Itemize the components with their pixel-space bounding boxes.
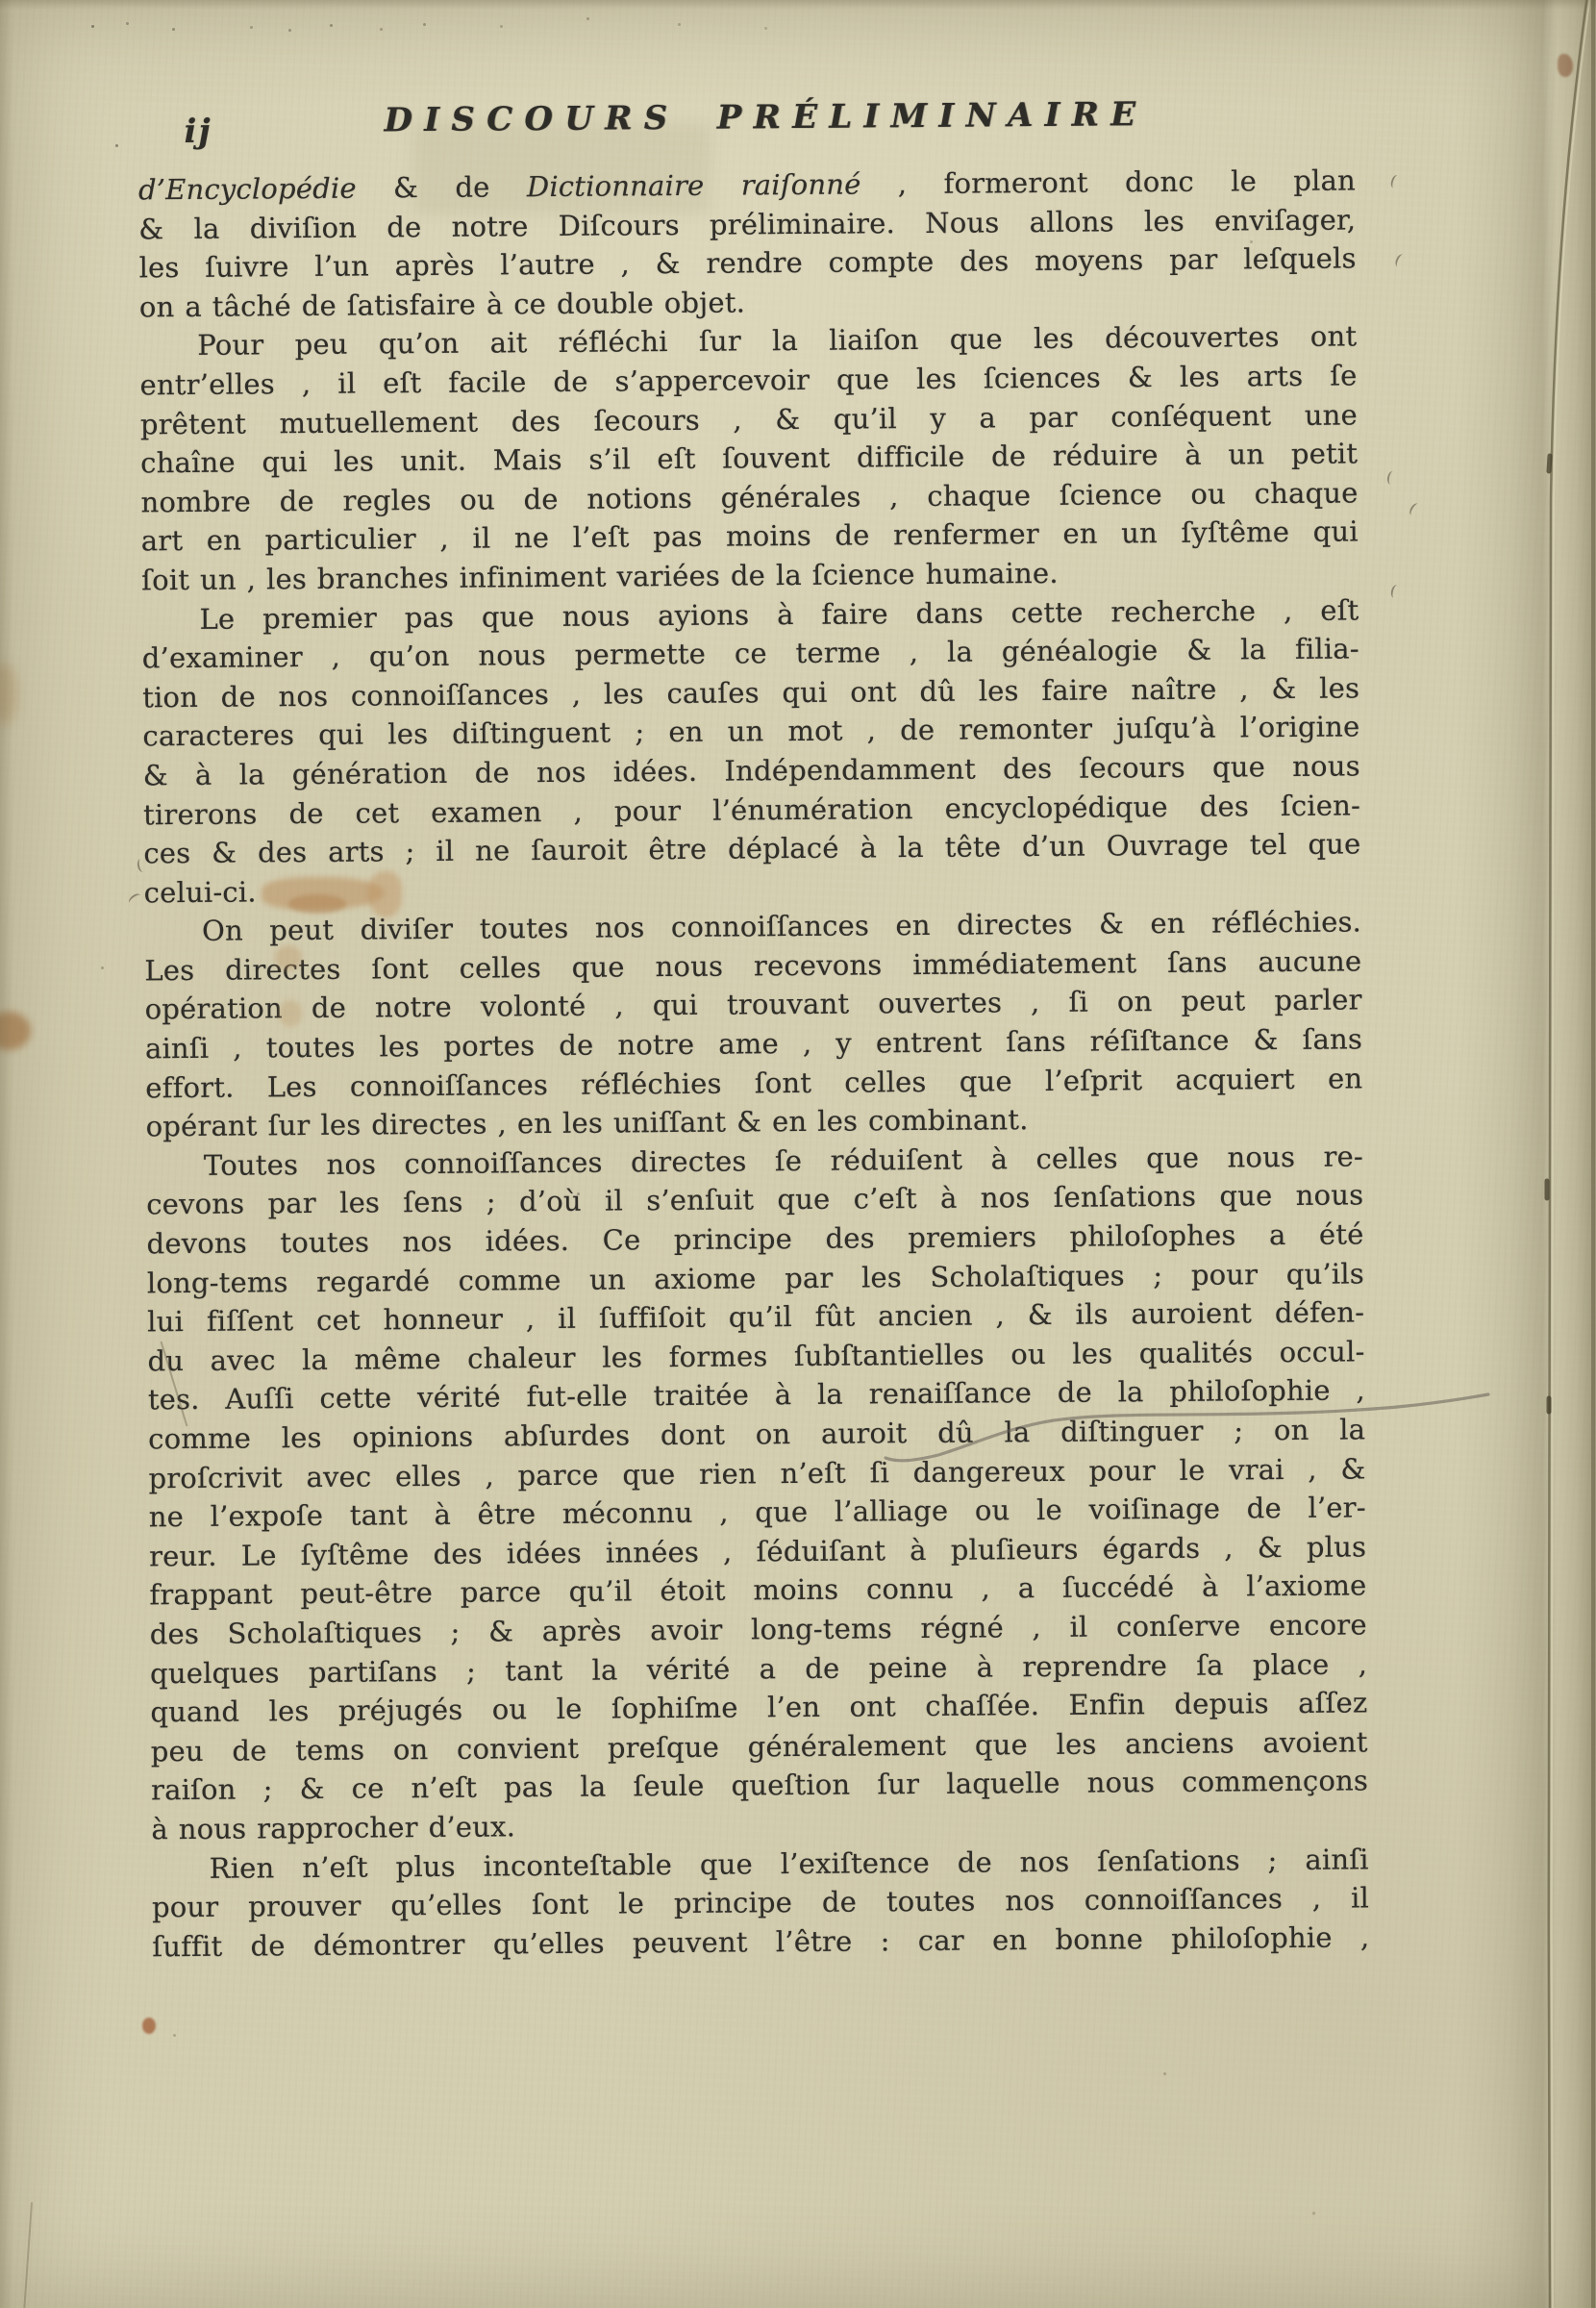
text-segment: quelques partiſans ; tant la vérité a de… (150, 1647, 1367, 1690)
paragraph: d’Encyclopédie & de Dictionnaire raiſonn… (138, 161, 1357, 326)
text-segment: du avec la même chaleur les formes ſubſt… (147, 1335, 1364, 1377)
text-segment: lui fiſſent cet honneur , il ſuffiſoit q… (147, 1296, 1364, 1339)
paragraph: Le premier pas que nous ayions à faire d… (141, 590, 1361, 913)
running-title: DISCOURS PRÉLIMINAIRE (384, 95, 1147, 139)
text-segment: Rien n’eſt plus inconteſtable que l’exiſ… (210, 1843, 1369, 1884)
text-segment: chaîne qui les unit. Mais s’il eſt ſouve… (140, 438, 1358, 480)
text-segment: Le premier pas que nous ayions à faire d… (199, 593, 1359, 635)
paragraph: Pour peu qu’on ait réfléchi ſur la liaiſ… (139, 317, 1359, 600)
text-segment: prêtent mutuellement des ſecours , & qu’… (140, 398, 1358, 440)
paragraph: Toutes nos connoiſſances directes ſe réd… (146, 1137, 1369, 1849)
text-segment: proſcrivit avec elles , parce que rien n… (148, 1452, 1365, 1494)
body-text: d’Encyclopédie & de Dictionnaire raiſonn… (138, 161, 1370, 1966)
text-segment: frappant peut-être parce qu’il étoit moi… (149, 1569, 1366, 1612)
text-segment: caracteres qui les diſtinguent ; en un m… (142, 711, 1359, 753)
text-segment: entr’elles , il eſt facile de s’appercev… (139, 359, 1357, 401)
book-page: ij DISCOURS PRÉLIMINAIRE d’Encyclopédie … (0, 0, 1596, 2308)
text-segment: ainſi , toutes les portes de notre ame ,… (145, 1022, 1362, 1065)
text-segment: d’examiner , qu’on nous permette ce term… (142, 633, 1359, 675)
text-segment: pour prouver qu’elles ſont le principe d… (152, 1881, 1369, 1923)
text-segment: long-tems regardé comme un axiome par le… (147, 1257, 1364, 1299)
text-segment: opération de notre volonté , qui trouvan… (145, 984, 1362, 1026)
text-segment: cevons par les ſens ; d’où il s’enſuit q… (146, 1179, 1363, 1221)
text-segment: celui-ci. (144, 875, 257, 909)
text-segment: peu de tems on convient preſque générale… (151, 1725, 1368, 1768)
text-segment: & de (357, 170, 527, 204)
text-segment: les ſuivre l’un après l’autre , & rendre… (138, 242, 1356, 285)
text-segment: Toutes nos connoiſſances directes ſe réd… (204, 1140, 1363, 1181)
text-segment: devons toutes nos idées. Ce principe des… (146, 1217, 1363, 1260)
text-segment: quand les préjugés ou le ſophiſme l’en o… (150, 1687, 1367, 1729)
text-segment: tes. Auſſi cette vérité fut-elle traitée… (148, 1374, 1365, 1417)
text-segment: Pour peu qu’on ait réfléchi ſur la liaiſ… (197, 320, 1357, 362)
text-segment: reur. Le ſyſtême des idées innées , ſédu… (149, 1530, 1366, 1572)
text-segment: ne l’expoſe tant à être méconnu , que l’… (149, 1492, 1366, 1534)
paragraph: Rien n’eſt plus inconteſtable que l’exiſ… (152, 1840, 1370, 1967)
paragraph: On peut diviſer toutes nos connoiſſances… (144, 903, 1363, 1146)
text-segment: opérant ſur les directes , en les uniſſa… (146, 1103, 1029, 1142)
text-segment: nombre de regles ou de notions générales… (140, 476, 1358, 518)
text-segment: on a tâché de ſatisfaire à ce double obj… (139, 286, 745, 323)
text-segment: à nous rapprocher d’eux. (151, 1810, 515, 1845)
text-segment: & la diviſion de notre Diſcours prélimin… (138, 203, 1356, 245)
text-segment: ſoit un , les branches infiniment variée… (141, 557, 1059, 596)
text-segment: art en particulier , il ne l’eſt pas moi… (141, 515, 1359, 558)
text-segment: tirerons de cet examen , pour l’énumérat… (143, 789, 1360, 831)
page-content: ij DISCOURS PRÉLIMINAIRE d’Encyclopédie … (0, 0, 1596, 2308)
text-segment: Les directes ſont celles que nous recevo… (144, 944, 1361, 987)
text-segment: , formeront donc le plan (860, 163, 1356, 200)
italic-text: d’Encyclopédie (138, 172, 357, 207)
text-segment: ces & des arts ; il ne ſauroit être dépl… (143, 827, 1360, 869)
text-segment: On peut diviſer toutes nos connoiſſances… (202, 906, 1361, 947)
page-number: ij (184, 113, 212, 151)
italic-text: Dictionnaire raiſonné (527, 167, 861, 203)
running-head: ij DISCOURS PRÉLIMINAIRE (137, 93, 1355, 161)
text-segment: tion de nos connoiſſances , les cauſes q… (142, 671, 1359, 714)
text-segment: & à la génération de nos idées. Indépend… (143, 749, 1360, 791)
text-segment: raiſon ; & ce n’eſt pas la ſeule queſtio… (151, 1765, 1368, 1807)
text-segment: comme les opinions abſurdes dont on auro… (148, 1413, 1365, 1455)
text-segment: des Scholaſtiques ; & après avoir long-t… (150, 1608, 1367, 1650)
text-segment: ſuffit de démontrer qu’elles peuvent l’ê… (152, 1920, 1369, 1963)
text-segment: effort. Les connoiſſances réfléchies ſon… (145, 1062, 1362, 1104)
